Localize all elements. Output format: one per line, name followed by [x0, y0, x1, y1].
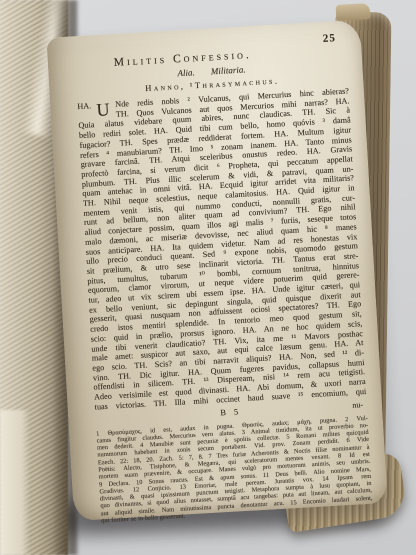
footnotes-block: 1 Θρασύμαχος, id est, audax in pugna. Θρ…: [96, 414, 373, 524]
signature-mark: B 5: [220, 407, 241, 417]
flyleaf-edge: [0, 410, 30, 555]
body-text: Quia alatus videbare quum abires, nunc c…: [78, 106, 366, 412]
fore-edge-top-step: [336, 3, 371, 21]
catchword: nu-: [352, 400, 363, 410]
page-content: Militis Confessio. 25 Alia. Militaria. H…: [46, 20, 387, 521]
recto-page: Militis Confessio. 25 Alia. Militaria. H…: [46, 20, 387, 521]
book-photo: Militis Confessio. 25 Alia. Militaria. H…: [0, 0, 416, 555]
speaker-abbrev: HA.: [77, 101, 91, 111]
drop-cap: U: [96, 101, 110, 119]
page-number: 25: [322, 32, 336, 45]
